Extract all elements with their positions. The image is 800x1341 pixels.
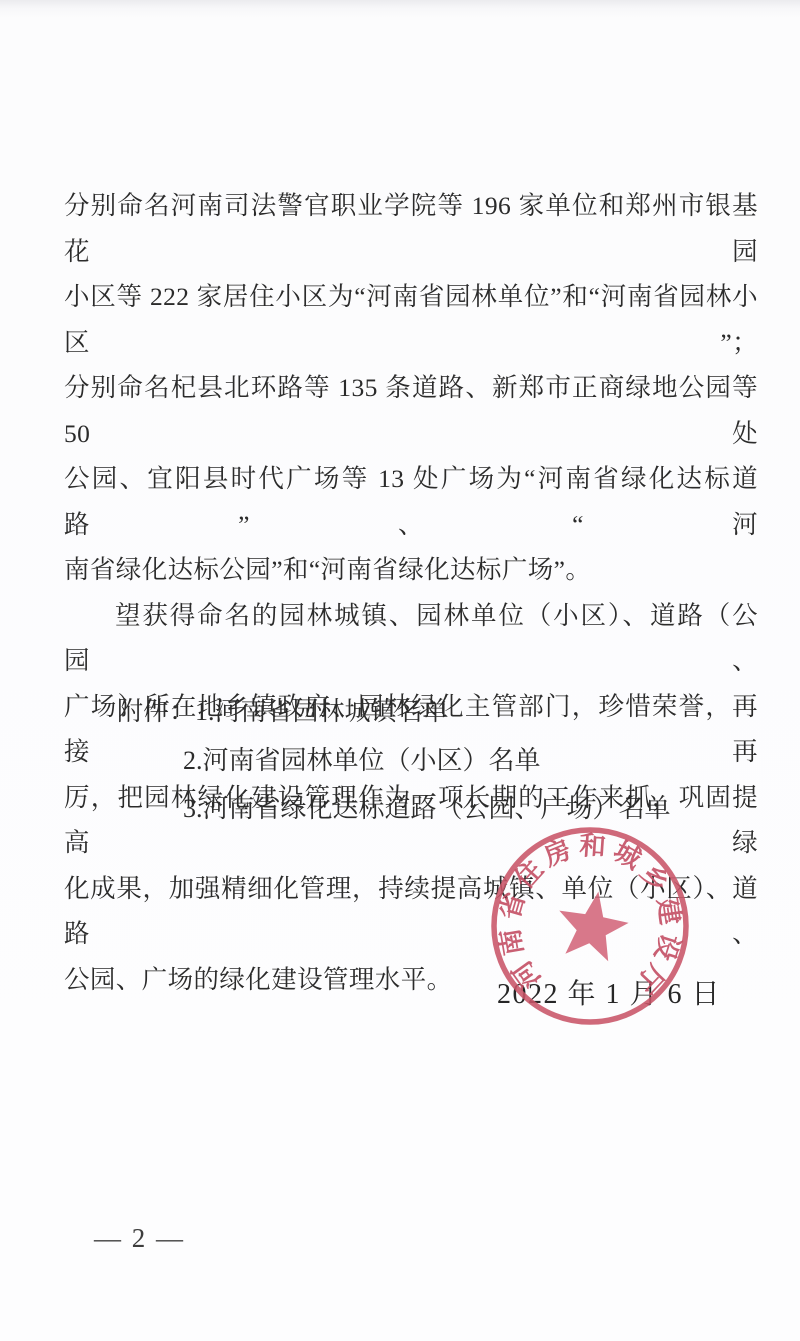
attachment-item: 3.河南省绿化达标道路（公园、广场）名单	[183, 785, 671, 834]
body-line: 望获得命名的园林城镇、园林单位（小区）、道路（公园、	[64, 593, 758, 684]
attachment-label: 附件：	[117, 697, 195, 726]
body-line: 小区等 222 家居住小区为“河南省园林单位”和“河南省园林小区”；	[64, 274, 758, 365]
document-body: 分别命名河南司法警官职业学院等 196 家单位和郑州市银基花园 小区等 222 …	[64, 183, 758, 1002]
body-line: 公园、宜阳县时代广场等 13 处广场为“河南省绿化达标道路”、“河	[64, 456, 758, 547]
body-line: 分别命名杞县北环路等 135 条道路、新郑市正商绿地公园等 50 处	[64, 365, 758, 456]
attachment-item: 附件：1.河南省园林城镇名单	[117, 688, 671, 737]
scanned-document-page: 分别命名河南司法警官职业学院等 196 家单位和郑州市银基花园 小区等 222 …	[0, 0, 800, 1341]
page-number: — 2 —	[94, 1223, 185, 1254]
document-date: 2022 年 1 月 6 日	[497, 972, 721, 1012]
body-line: 化成果，加强精细化管理，持续提高城镇、单位（小区）、道路、	[64, 866, 758, 957]
body-line: 分别命名河南司法警官职业学院等 196 家单位和郑州市银基花园	[64, 183, 758, 274]
attachment-item: 2.河南省园林单位（小区）名单	[183, 737, 671, 786]
attachment-item-text: 1.河南省园林城镇名单	[195, 697, 449, 726]
attachment-list: 附件：1.河南省园林城镇名单 2.河南省园林单位（小区）名单 3.河南省绿化达标…	[117, 688, 671, 834]
body-line: 南省绿化达标公园”和“河南省绿化达标广场”。	[64, 547, 758, 593]
